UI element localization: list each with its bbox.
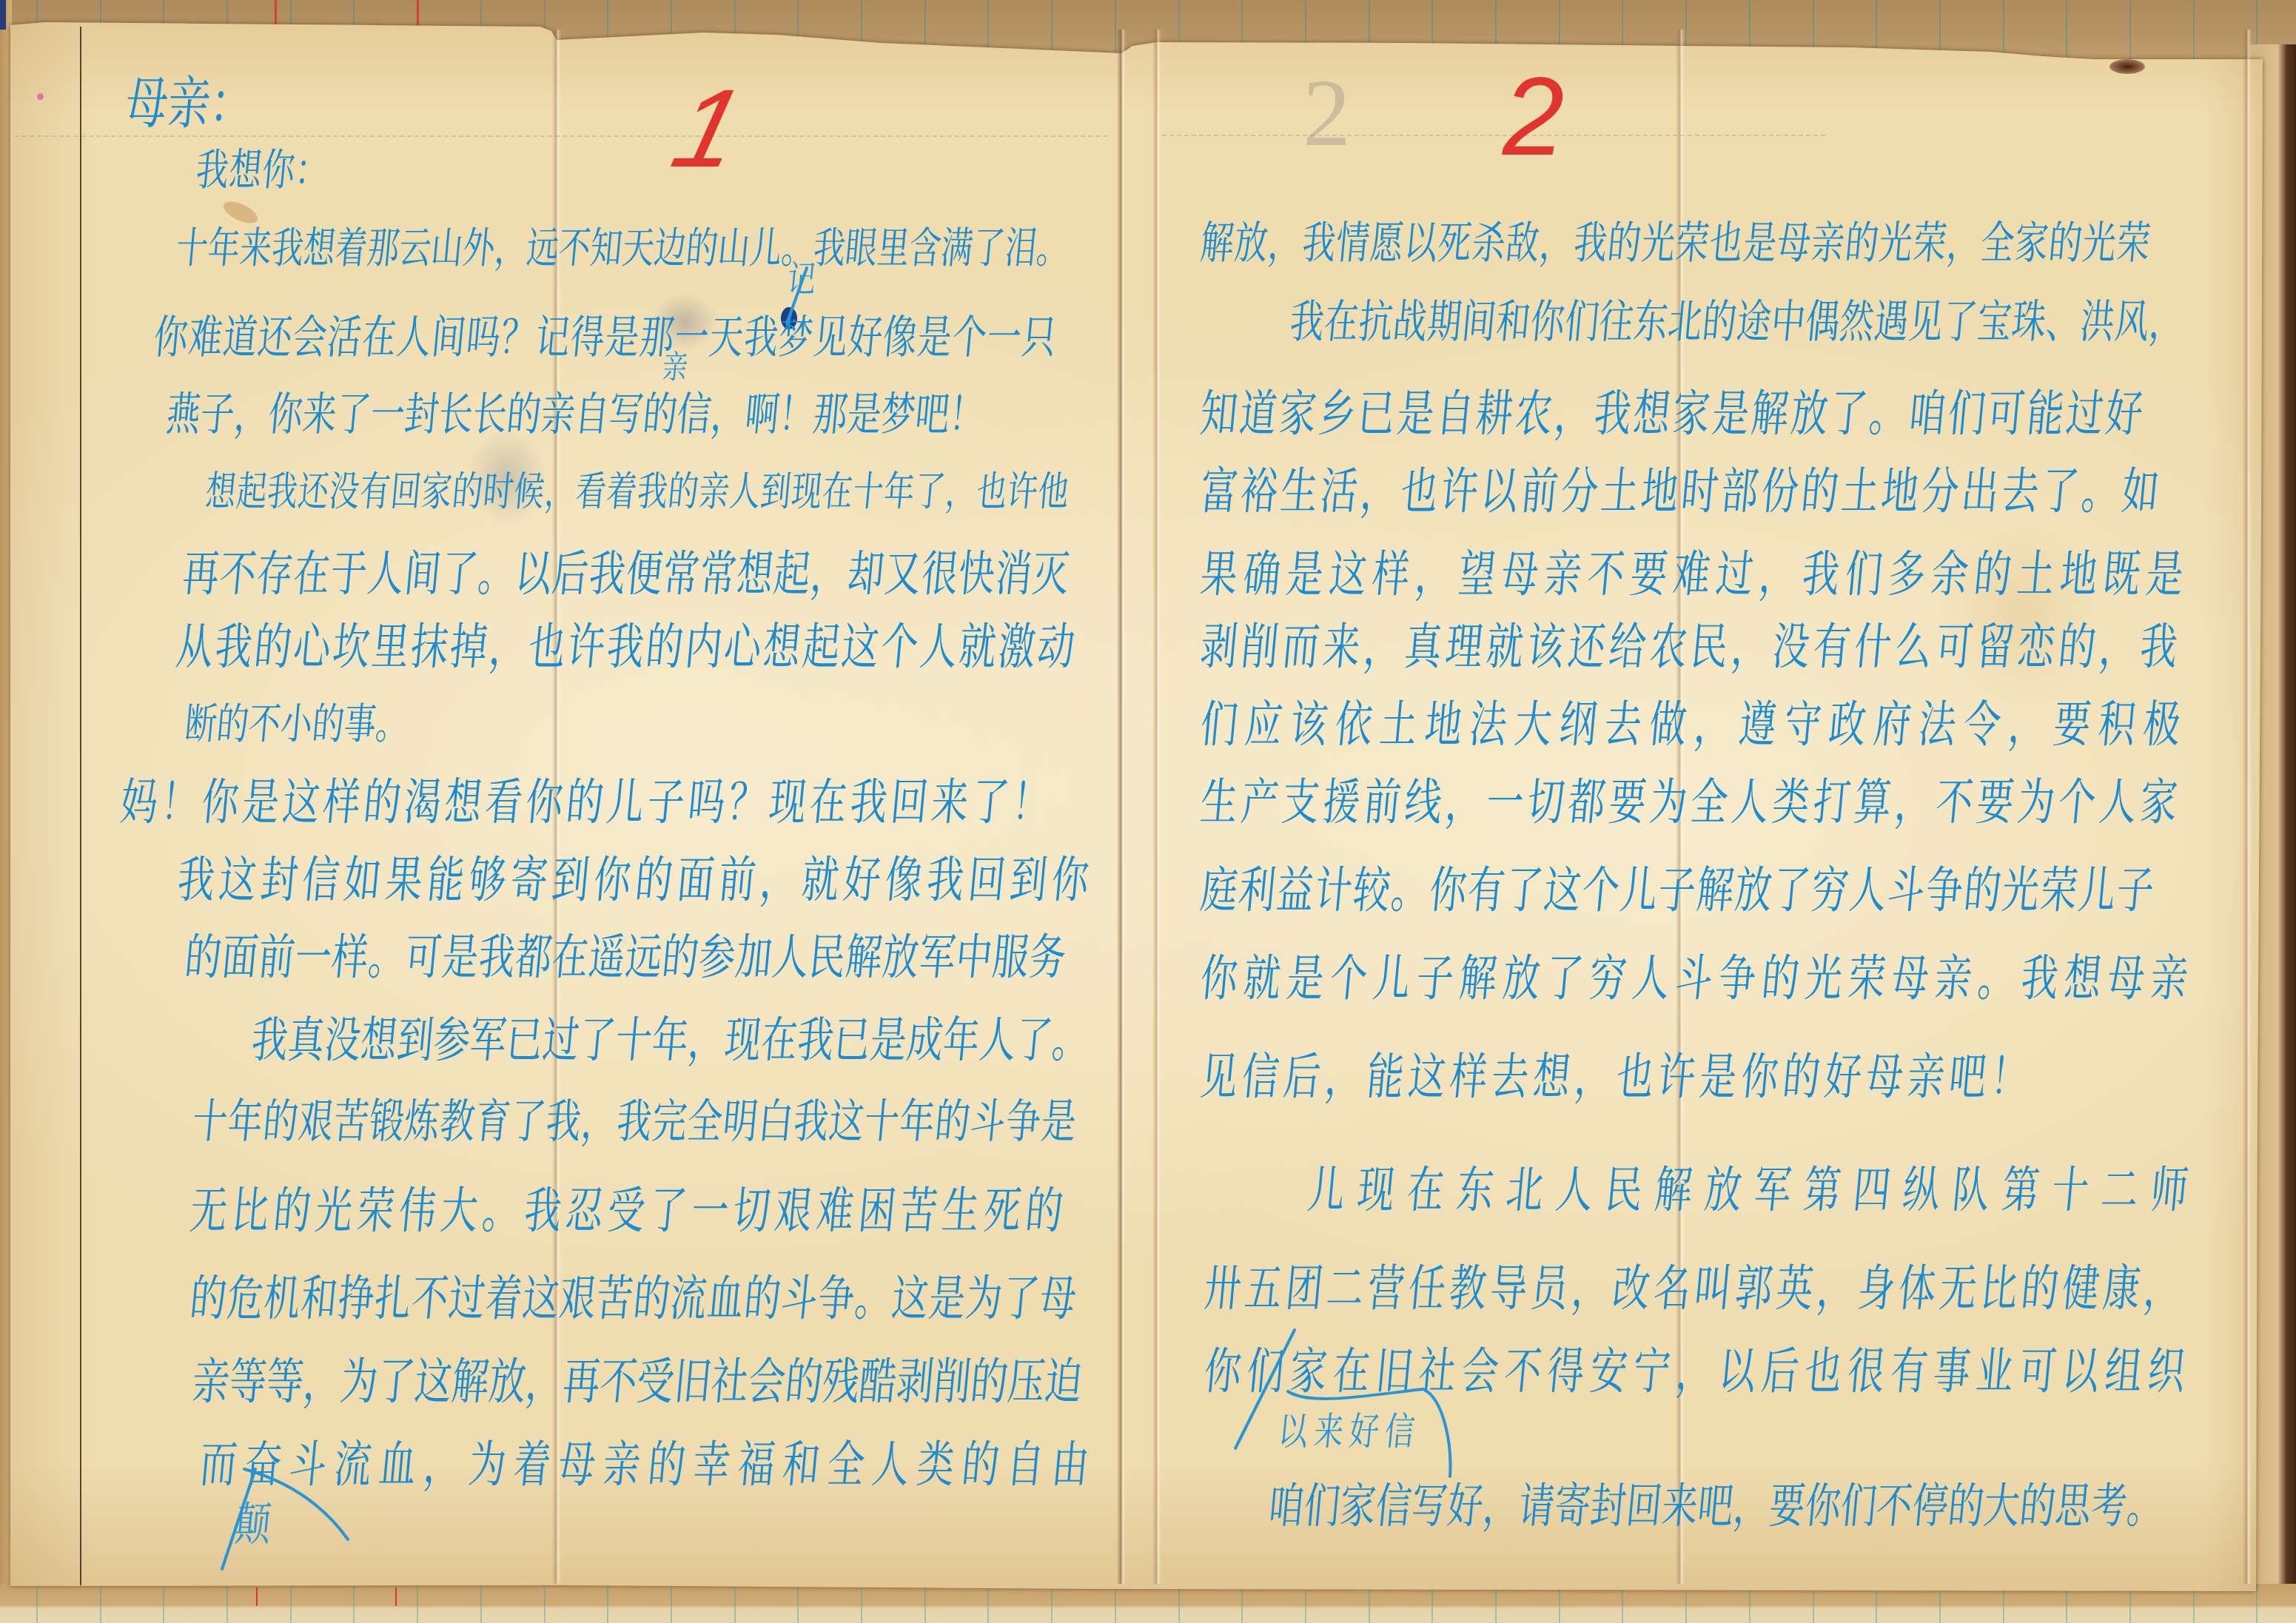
handwritten-glyph: 我 <box>587 546 628 602</box>
handwritten-glyph: 天 <box>707 309 746 365</box>
handwritten-glyph: 你 <box>1427 862 1469 918</box>
letter-line: 燕子，你来了一封长长的亲自写的信，啊！那是梦吧！ <box>164 386 986 442</box>
handwritten-glyph: 了 <box>970 221 1007 277</box>
handwritten-glyph: 许 <box>1656 1049 1698 1105</box>
handwritten-glyph: 依 <box>1333 696 1375 753</box>
handwritten-glyph: 年 <box>206 221 243 277</box>
handwritten-glyph: 时 <box>480 463 516 520</box>
handwritten-glyph: 灭 <box>1030 546 1071 602</box>
handwritten-glyph: 都 <box>1565 774 1608 830</box>
handwritten-glyph: 这 <box>281 774 323 830</box>
handwritten-glyph: 遇 <box>1872 293 1911 349</box>
handwritten-glyph: 来 <box>929 774 971 830</box>
handwritten-glyph: ！ <box>947 386 987 442</box>
handwritten-glyph: 了 <box>1941 293 1980 349</box>
handwritten-glyph: 营 <box>1365 1260 1407 1317</box>
handwritten-glyph: 光 <box>313 1183 355 1239</box>
handwritten-glyph: 农 <box>1648 619 1690 675</box>
handwritten-glyph: ， <box>709 386 748 442</box>
handwritten-glyph: 计 <box>1312 862 1355 918</box>
letter-line: 解放，我情愿以死杀敌，我的光荣也是母亲的光荣，全家的光荣 <box>1198 215 2153 272</box>
fold-crease <box>2243 30 2252 1584</box>
handwritten-glyph: 死 <box>1435 215 1474 272</box>
handwritten-glyph: 我 <box>742 309 781 365</box>
handwritten-glyph: 这 <box>217 852 259 908</box>
handwritten-glyph: 分 <box>1919 463 1961 520</box>
handwritten-glyph: 可 <box>1985 386 2027 442</box>
handwritten-glyph: 军 <box>1752 1162 1794 1218</box>
handwritten-glyph: 耕 <box>1474 386 1516 442</box>
handwritten-glyph: 许 <box>1438 463 1480 520</box>
handwritten-glyph: 现 <box>722 1012 764 1069</box>
handwritten-glyph: 类 <box>915 1436 957 1493</box>
handwritten-glyph: 回 <box>388 463 423 520</box>
letter-line: 咱们家信写好，请寄封回来吧，要你们不停的大的思考。 <box>1266 1478 2166 1534</box>
handwritten-glyph: 支 <box>1280 774 1322 830</box>
handwritten-glyph: 的 <box>742 1271 783 1327</box>
handwritten-glyph: 光 <box>2000 862 2042 918</box>
handwritten-glyph: 第 <box>1802 1162 1844 1218</box>
handwritten-glyph: ， <box>1572 1049 1614 1105</box>
handwritten-glyph: 这 <box>1542 862 1584 918</box>
handwritten-glyph: 地 <box>1639 463 1681 520</box>
handwritten-glyph: 见 <box>1906 293 1945 349</box>
handwritten-glyph: 的 <box>933 1095 973 1151</box>
handwritten-glyph: 信 <box>1374 1478 1414 1534</box>
handwritten-glyph: 的 <box>1780 1049 1822 1105</box>
handwritten-glyph: 家 <box>1287 1343 1329 1399</box>
handwritten-glyph: 子 <box>1656 862 1698 918</box>
handwritten-glyph: 守 <box>1782 696 1824 753</box>
handwritten-glyph: 常 <box>660 546 702 602</box>
handwritten-glyph: 利 <box>1236 862 1278 918</box>
handwritten-glyph: 苦 <box>332 1095 372 1151</box>
handwritten-glyph: 间 <box>402 546 443 602</box>
handwritten-glyph: 情 <box>1334 215 1372 272</box>
handwritten-glyph: 争 <box>1004 1095 1044 1151</box>
handwritten-glyph: 血 <box>377 1436 419 1493</box>
greeting: 我想你： <box>194 143 331 199</box>
letter-line: 庭利益计较。你有了这个儿子解放了穷人斗争的光荣儿子 <box>1198 862 2157 918</box>
handwritten-glyph: 面 <box>219 930 261 986</box>
handwritten-glyph: 年 <box>649 1012 691 1069</box>
handwritten-glyph: 艰 <box>773 1183 815 1239</box>
handwritten-glyph: 抹 <box>409 619 451 675</box>
handwritten-glyph: 前 <box>716 852 759 908</box>
letter-line: 十年的艰苦锻炼教育了我，我完全明白我这十年的斗争是 <box>190 1095 1079 1151</box>
handwritten-glyph: 长 <box>437 386 476 442</box>
handwritten-glyph: 、 <box>2044 293 2083 349</box>
handwritten-glyph: 北 <box>1504 1162 1546 1218</box>
handwritten-glyph: 边 <box>651 221 688 277</box>
handwritten-glyph: 法 <box>1467 696 1509 753</box>
handwritten-glyph: 在 <box>1330 1343 1372 1399</box>
handwritten-glyph: 想 <box>1531 1049 1573 1105</box>
handwritten-glyph: ， <box>1443 774 1486 830</box>
handwritten-glyph: 后 <box>1281 1049 1323 1105</box>
handwritten-glyph: 安 <box>1588 1343 1630 1399</box>
handwritten-glyph: 想 <box>443 774 485 830</box>
handwritten-glyph: 。 <box>1389 862 1431 918</box>
handwritten-glyph: 光 <box>2080 215 2118 272</box>
letter-line: 知道家乡已是自耕农，我想家是解放了。咱们可能过好 <box>1198 386 2146 442</box>
handwritten-glyph: 也 <box>1707 215 1745 272</box>
handwritten-glyph: 我 <box>605 619 647 675</box>
handwritten-glyph: ！ <box>777 386 816 442</box>
handwritten-glyph: 的 <box>1759 950 1802 1007</box>
handwritten-glyph: 你 <box>266 386 306 442</box>
handwritten-glyph: ， <box>1413 546 1455 602</box>
handwritten-glyph: 你 <box>260 143 298 199</box>
handwritten-glyph: 母 <box>556 1436 598 1493</box>
handwritten-glyph: 十 <box>190 1095 230 1151</box>
handwritten-glyph: ！ <box>1010 774 1052 830</box>
handwritten-glyph: 我 <box>1571 215 1610 272</box>
handwritten-glyph: 道 <box>221 309 260 365</box>
handwritten-glyph: 亲 <box>696 463 732 520</box>
handwritten-glyph: 还 <box>1565 619 1608 675</box>
handwritten-glyph: 吧 <box>1695 1478 1736 1534</box>
handwritten-glyph: 寄 <box>1552 1478 1593 1534</box>
handwritten-glyph: 真 <box>1403 619 1445 675</box>
handwritten-glyph: 出 <box>1959 463 2001 520</box>
handwritten-glyph: 这 <box>1327 546 1369 602</box>
handwritten-glyph: 争 <box>1924 862 1966 918</box>
handwritten-glyph: 组 <box>2103 1343 2145 1399</box>
handwritten-glyph: 抗 <box>1356 293 1395 349</box>
handwritten-glyph: 是 <box>440 930 481 986</box>
handwritten-glyph: 理 <box>1443 619 1486 675</box>
handwritten-glyph: 常 <box>697 546 739 602</box>
handwritten-glyph: 什 <box>1852 619 1894 675</box>
handwritten-glyph: 了 <box>335 386 374 442</box>
handwritten-glyph: 生 <box>939 1183 981 1239</box>
handwritten-glyph: 我 <box>476 930 517 986</box>
handwritten-glyph: 援 <box>1320 774 1363 830</box>
handwritten-glyph: 中 <box>953 930 995 986</box>
handwritten-glyph: 就 <box>957 619 999 675</box>
letter-line: 再不存在于人间了。以后我便常常想起，却又很快消灭 <box>181 546 1072 602</box>
handwritten-glyph: 儿 <box>1618 862 1660 918</box>
handwritten-glyph: ， <box>2006 696 2048 753</box>
handwritten-glyph: 解 <box>1198 215 1237 272</box>
handwritten-glyph: 亲 <box>1933 950 1975 1007</box>
handwritten-glyph: 写 <box>607 386 646 442</box>
handwritten-glyph: 的 <box>310 696 347 753</box>
handwritten-glyph: 那 <box>365 221 402 277</box>
handwritten-glyph: 好 <box>2104 386 2146 442</box>
handwritten-glyph: 荣 <box>1910 215 1949 272</box>
handwritten-glyph: 的 <box>1023 1183 1065 1239</box>
handwritten-glyph: 在 <box>1405 1162 1447 1218</box>
handwritten-glyph: 便 <box>623 546 665 602</box>
handwritten-glyph: 。 <box>1034 221 1071 277</box>
handwritten-glyph: 考 <box>2089 1478 2129 1534</box>
handwritten-glyph: 难 <box>186 309 225 365</box>
handwritten-glyph: 不 <box>1933 774 1976 830</box>
handwritten-glyph: ， <box>579 1095 619 1151</box>
handwritten-glyph: 忍 <box>563 1183 605 1239</box>
handwritten-glyph: 地 <box>1423 696 1465 753</box>
handwritten-glyph: 余 <box>1929 546 1971 602</box>
handwritten-glyph: 十 <box>2050 1162 2092 1218</box>
handwritten-glyph: 是 <box>927 1271 968 1327</box>
handwritten-glyph: 一 <box>984 309 1024 365</box>
handwritten-glyph: 。 <box>480 1183 523 1239</box>
handwritten-glyph: 不 <box>1502 1343 1544 1399</box>
insertion-note: 颠 <box>233 1502 273 1548</box>
handwritten-glyph: 封 <box>403 386 442 442</box>
handwritten-glyph: 解 <box>1457 950 1500 1007</box>
handwritten-glyph: 间 <box>429 309 469 365</box>
handwritten-glyph: 你 <box>1802 1478 1843 1534</box>
handwritten-glyph: 是 <box>845 386 885 442</box>
handwritten-glyph: 可 <box>403 930 444 986</box>
handwritten-glyph: 益 <box>1275 862 1317 918</box>
handwritten-glyph: 的 <box>959 1436 1001 1493</box>
handwritten-glyph: 要 <box>1628 546 1670 602</box>
handwritten-glyph: 回 <box>1624 1478 1665 1534</box>
handwritten-glyph: 我 <box>1300 215 1338 272</box>
handwritten-glyph: 受 <box>605 1183 648 1239</box>
handwritten-glyph: 个 <box>1328 950 1370 1007</box>
handwritten-glyph: 许 <box>1005 463 1041 520</box>
handwritten-glyph: 社 <box>709 1354 751 1410</box>
handwritten-glyph: 激 <box>996 619 1038 675</box>
handwritten-glyph: 够 <box>466 852 508 908</box>
handwritten-glyph: 挣 <box>335 1271 377 1327</box>
handwritten-glyph: 过 <box>446 1271 488 1327</box>
handwritten-glyph: 的 <box>1946 1478 1987 1534</box>
handwritten-glyph: 好 <box>1822 1049 1864 1105</box>
handwritten-glyph: 打 <box>1811 774 1853 830</box>
handwritten-glyph: 去 <box>1602 696 1644 753</box>
handwritten-glyph: ？ <box>499 309 538 365</box>
handwritten-glyph: 的 <box>450 463 486 520</box>
handwritten-glyph: 要 <box>2051 696 2093 753</box>
handwritten-glyph: 的 <box>564 774 606 830</box>
handwritten-glyph: 像 <box>883 852 925 908</box>
handwritten-glyph: 我 <box>2018 950 2061 1007</box>
handwritten-glyph: 时 <box>1679 463 1721 520</box>
letter-line: 而奋斗流血，为着母亲的幸福和全人类的自由 <box>198 1436 1092 1493</box>
handwritten-glyph: 你 <box>1198 950 1241 1007</box>
letter-line: 从我的心坎里抹掉，也许我的内心想起这个人就激动 <box>174 619 1078 675</box>
handwritten-glyph: 法 <box>1916 696 1958 753</box>
handwritten-glyph: 我 <box>194 143 232 199</box>
handwritten-glyph: ， <box>301 1354 343 1410</box>
handwritten-glyph: 放 <box>1788 386 1830 442</box>
handwritten-glyph: 有 <box>1888 1343 1930 1399</box>
handwritten-glyph: 个 <box>879 619 921 675</box>
handwritten-glyph: 你 <box>591 852 634 908</box>
handwritten-glyph: 亲 <box>1905 1049 1947 1105</box>
handwritten-glyph: 能 <box>1364 1049 1406 1105</box>
handwritten-glyph: 你 <box>523 774 565 830</box>
handwritten-glyph: 康 <box>2101 1260 2143 1317</box>
handwritten-glyph: 的 <box>684 221 721 277</box>
handwritten-glyph: 现 <box>1355 1162 1397 1218</box>
handwritten-glyph: 母 <box>1037 1271 1078 1327</box>
handwritten-glyph: 的 <box>271 1183 313 1239</box>
handwritten-glyph: 很 <box>1845 1343 1887 1399</box>
handwritten-glyph: 流 <box>668 1271 709 1327</box>
handwritten-glyph: 的 <box>188 1271 229 1327</box>
handwritten-glyph: 解 <box>843 930 885 986</box>
handwritten-glyph: 削 <box>1239 619 1281 675</box>
handwritten-glyph: 的 <box>2047 215 2085 272</box>
handwritten-glyph: 是 <box>1710 386 1752 442</box>
handwritten-glyph: 难 <box>814 1183 856 1239</box>
handwritten-glyph: 掉 <box>448 619 490 675</box>
handwritten-glyph: 请 <box>1517 1478 1557 1534</box>
handwritten-glyph: 的 <box>1605 215 1644 272</box>
handwritten-glyph: 停 <box>1910 1478 1950 1534</box>
handwritten-glyph: 以 <box>1478 463 1520 520</box>
handwritten-glyph: 亲 <box>601 1436 643 1493</box>
handwritten-glyph: 现 <box>767 774 809 830</box>
handwritten-glyph: 子 <box>2114 862 2156 918</box>
handwritten-glyph: 起 <box>771 546 813 602</box>
handwritten-glyph: 的 <box>252 619 294 675</box>
handwritten-glyph: 想 <box>358 1012 400 1069</box>
letter-line: 的危机和挣扎不过着这艰苦的流血的斗争。这是为了母 <box>188 1271 1079 1327</box>
handwritten-glyph: 要 <box>1767 1478 1807 1534</box>
handwritten-glyph: 东 <box>1454 1162 1497 1218</box>
handwritten-glyph: 土 <box>1377 696 1420 753</box>
handwritten-glyph: 的 <box>645 1436 688 1493</box>
handwritten-glyph: 就 <box>799 852 842 908</box>
handwritten-glyph: 遵 <box>1736 696 1779 753</box>
handwritten-glyph: 亲 <box>1542 546 1584 602</box>
handwritten-glyph: ， <box>1944 215 1983 272</box>
handwritten-glyph: 也 <box>1398 463 1440 520</box>
handwritten-glyph: 确 <box>1241 546 1283 602</box>
handwritten-glyph: 长 <box>471 386 510 442</box>
handwritten-glyph: 的 <box>505 386 544 442</box>
handwritten-glyph: 切 <box>1525 774 1567 830</box>
handwritten-glyph: 地 <box>2058 546 2100 602</box>
letter-line: 你们家在旧社会不得安宁，以后也很有事业可以组织 <box>1202 1343 2188 1399</box>
handwritten-glyph: 母 <box>1864 1049 1906 1105</box>
handwritten-glyph: 吗 <box>685 774 728 830</box>
handwritten-glyph: ， <box>1569 1260 1611 1317</box>
handwritten-glyph: 眼 <box>843 221 880 277</box>
handwritten-glyph: 成 <box>904 1012 946 1069</box>
handwritten-glyph: 荣 <box>1673 215 1711 272</box>
handwritten-glyph: 削 <box>931 1354 973 1410</box>
handwritten-glyph: 该 <box>1288 696 1330 753</box>
handwritten-glyph: 务 <box>1027 930 1068 986</box>
handwritten-glyph: 候 <box>511 463 547 520</box>
handwritten-glyph: 了 <box>375 1354 417 1410</box>
handwritten-glyph: 的 <box>215 696 252 753</box>
handwritten-glyph: 是 <box>1038 1095 1078 1151</box>
handwritten-glyph: 见 <box>811 309 850 365</box>
handwritten-glyph: 人 <box>870 1436 912 1493</box>
handwritten-glyph: 参 <box>696 930 738 986</box>
handwritten-glyph: 会 <box>746 1354 788 1410</box>
letter-line: 见信后，能这样去想，也许是你的好母亲吧！ <box>1198 1049 2031 1105</box>
handwritten-glyph: 政 <box>1827 696 1869 753</box>
handwritten-glyph: 以 <box>1402 215 1440 272</box>
handwritten-glyph: 明 <box>720 1095 760 1151</box>
handwritten-glyph: 你 <box>1739 1049 1781 1105</box>
handwritten-glyph: ！ <box>158 774 201 830</box>
handwritten-glyph: 流 <box>332 1436 374 1493</box>
handwritten-glyph: 以 <box>1716 1343 1759 1399</box>
handwritten-glyph: 了 <box>1543 950 1585 1007</box>
handwritten-glyph: 没 <box>326 463 362 520</box>
handwritten-glyph: 心 <box>291 619 333 675</box>
handwritten-glyph: 子 <box>645 774 688 830</box>
handwritten-glyph: 生 <box>1278 463 1320 520</box>
handwritten-glyph: 的 <box>183 930 224 986</box>
handwritten-glyph: ！ <box>1988 1049 2030 1105</box>
handwritten-glyph: 幸 <box>691 1436 733 1493</box>
handwritten-glyph: 以 <box>2060 1343 2102 1399</box>
handwritten-glyph: 斗 <box>1885 862 1927 918</box>
handwritten-glyph: 想 <box>1631 386 1673 442</box>
handwritten-glyph: 自 <box>573 386 612 442</box>
handwritten-glyph: 好 <box>1445 1478 1486 1534</box>
handwritten-glyph: 小 <box>278 696 315 753</box>
handwritten-glyph: ， <box>1757 546 1799 602</box>
handwritten-glyph: 四 <box>1851 1162 1893 1218</box>
handwritten-glyph: 是 <box>915 309 954 365</box>
handwritten-glyph: 身 <box>1856 1260 1898 1317</box>
handwritten-glyph: 穷 <box>1809 862 1851 918</box>
handwritten-glyph: 梦 <box>879 386 919 442</box>
handwritten-glyph: 我 <box>249 1012 291 1069</box>
handwritten-glyph: 二 <box>2099 1162 2141 1218</box>
handwritten-glyph: 纲 <box>1557 696 1600 753</box>
handwritten-glyph: 荣 <box>355 1183 397 1239</box>
handwritten-glyph: 得 <box>1545 1343 1587 1399</box>
handwritten-glyph: ， <box>1266 215 1304 272</box>
handwritten-glyph: 争 <box>816 1271 857 1327</box>
handwritten-glyph: 裕 <box>1238 463 1280 520</box>
handwritten-glyph: 不 <box>1585 546 1627 602</box>
handwritten-glyph: 远 <box>623 930 665 986</box>
handwritten-glyph: 无 <box>188 1183 230 1239</box>
handwritten-glyph: 多 <box>1886 546 1928 602</box>
handwritten-glyph: 死 <box>981 1183 1024 1239</box>
handwritten-glyph: 全 <box>1688 774 1731 830</box>
handwritten-glyph: 想 <box>734 546 776 602</box>
handwritten-glyph: 母 <box>123 69 172 139</box>
handwritten-glyph: 是 <box>240 774 282 830</box>
handwritten-glyph: 自 <box>1004 1436 1047 1493</box>
handwritten-glyph: 思 <box>2053 1478 2094 1534</box>
page-number: 2 <box>1503 61 1564 172</box>
handwritten-glyph: 是 <box>1697 1049 1739 1105</box>
handwritten-glyph: ： <box>207 69 256 139</box>
handwritten-glyph: 宁 <box>1631 1343 1673 1399</box>
handwritten-glyph: 再 <box>181 546 222 602</box>
letter-line: 果确是这样，望母亲不要难过，我们多余的土地既是 <box>1198 546 2186 602</box>
handwritten-glyph: 再 <box>560 1354 602 1410</box>
handwritten-glyph: 师 <box>2149 1162 2191 1218</box>
handwritten-glyph: ， <box>543 463 578 520</box>
handwritten-glyph: 回 <box>966 852 1008 908</box>
handwritten-glyph: 迫 <box>1042 1354 1084 1410</box>
handwritten-glyph: 如 <box>2119 463 2161 520</box>
handwritten-glyph: 梦 <box>776 309 816 365</box>
handwritten-glyph: ， <box>2146 293 2186 349</box>
handwritten-glyph: 该 <box>1525 619 1567 675</box>
handwritten-glyph: 杀 <box>1469 215 1508 272</box>
